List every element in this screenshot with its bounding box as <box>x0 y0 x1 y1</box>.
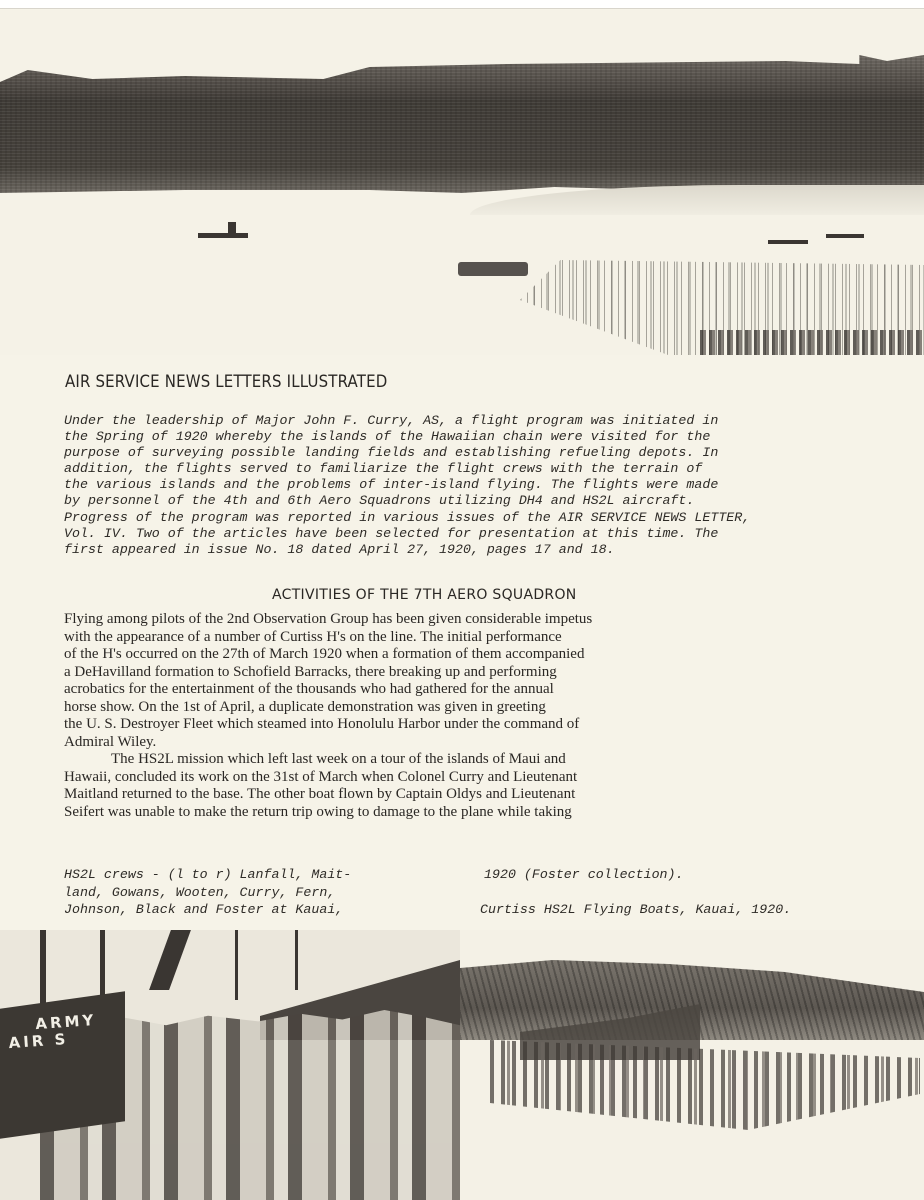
intro-line: the Spring of 1920 whereby the islands o… <box>64 429 864 445</box>
body-line: with the appearance of a number of Curti… <box>64 629 874 647</box>
body-line: Maitland returned to the base. The other… <box>64 786 874 804</box>
intro-paragraph: Under the leadership of Major John F. Cu… <box>64 413 864 558</box>
beach-crowd <box>490 1040 920 1130</box>
intro-line: purpose of surveying possible landing fi… <box>64 445 864 461</box>
caption-line: land, Gowans, Wooten, Curry, Fern, <box>64 884 351 902</box>
intro-line: Vol. IV. Two of the articles have been s… <box>64 526 864 542</box>
page-top-edge <box>0 0 924 9</box>
caption-left: HS2L crews - (l to r) Lanfall, Mait- lan… <box>64 866 351 919</box>
seaplane-left <box>198 233 248 238</box>
boat-right-1 <box>768 240 808 244</box>
body-line: Seifert was unable to make the return tr… <box>64 804 874 822</box>
body-line: Admiral Wiley. <box>64 734 874 752</box>
body-line: of the H's occurred on the 27th of March… <box>64 646 874 664</box>
body-line: The HS2L mission which left last week on… <box>64 751 874 769</box>
intro-line: by personnel of the 4th and 6th Aero Squ… <box>64 493 864 509</box>
intro-line: addition, the flights served to familiar… <box>64 461 864 477</box>
article-body: Flying among pilots of the 2nd Observati… <box>64 611 874 821</box>
wing-strut <box>40 930 46 1010</box>
intro-line: first appeared in issue No. 18 dated Apr… <box>64 542 864 558</box>
wing-strut <box>149 930 191 990</box>
seaplane-center <box>458 262 528 276</box>
caption-right: Curtiss HS2L Flying Boats, Kauai, 1920. <box>480 901 791 919</box>
wing-strut <box>235 930 238 1000</box>
body-line: a DeHavilland formation to Schofield Bar… <box>64 664 874 682</box>
wing-strut <box>295 930 298 990</box>
body-line: the U. S. Destroyer Fleet which steamed … <box>64 716 874 734</box>
intro-line: the various islands and the problems of … <box>64 477 864 493</box>
intro-line: Progress of the program was reported in … <box>64 510 864 526</box>
army-air-service-marking: ARMY AIR S <box>7 1012 98 1052</box>
body-line: acrobatics for the entertainment of the … <box>64 681 874 699</box>
caption-line: 1920 (Foster collection). <box>484 866 684 884</box>
boat-right-2 <box>826 234 864 238</box>
article-subheading: ACTIVITIES OF THE 7TH AERO SQUADRON <box>272 587 577 603</box>
seaplane-left-mast <box>228 222 236 236</box>
caption-line: HS2L crews - (l to r) Lanfall, Mait- <box>64 866 351 884</box>
foreground-rocks <box>700 330 924 355</box>
page-heading: AIR SERVICE NEWS LETTERS ILLUSTRATED <box>65 372 387 392</box>
photo-curtiss-flying-boats <box>460 930 924 1200</box>
forested-hillside <box>0 55 924 205</box>
body-line: Flying among pilots of the 2nd Observati… <box>64 611 874 629</box>
intro-line: Under the leadership of Major John F. Cu… <box>64 413 864 429</box>
body-line: horse show. On the 1st of April, a dupli… <box>64 699 874 717</box>
beach-shoreline <box>470 185 924 215</box>
caption-left-continued: 1920 (Foster collection). <box>484 866 684 884</box>
body-line: Hawaii, concluded its work on the 31st o… <box>64 769 874 787</box>
caption-line: Johnson, Black and Foster at Kauai, <box>64 901 351 919</box>
caption-line: Curtiss HS2L Flying Boats, Kauai, 1920. <box>480 901 791 919</box>
top-photo-seaplanes-shore <box>0 10 924 355</box>
photo-hs2l-crews: ARMY AIR S <box>0 930 460 1200</box>
